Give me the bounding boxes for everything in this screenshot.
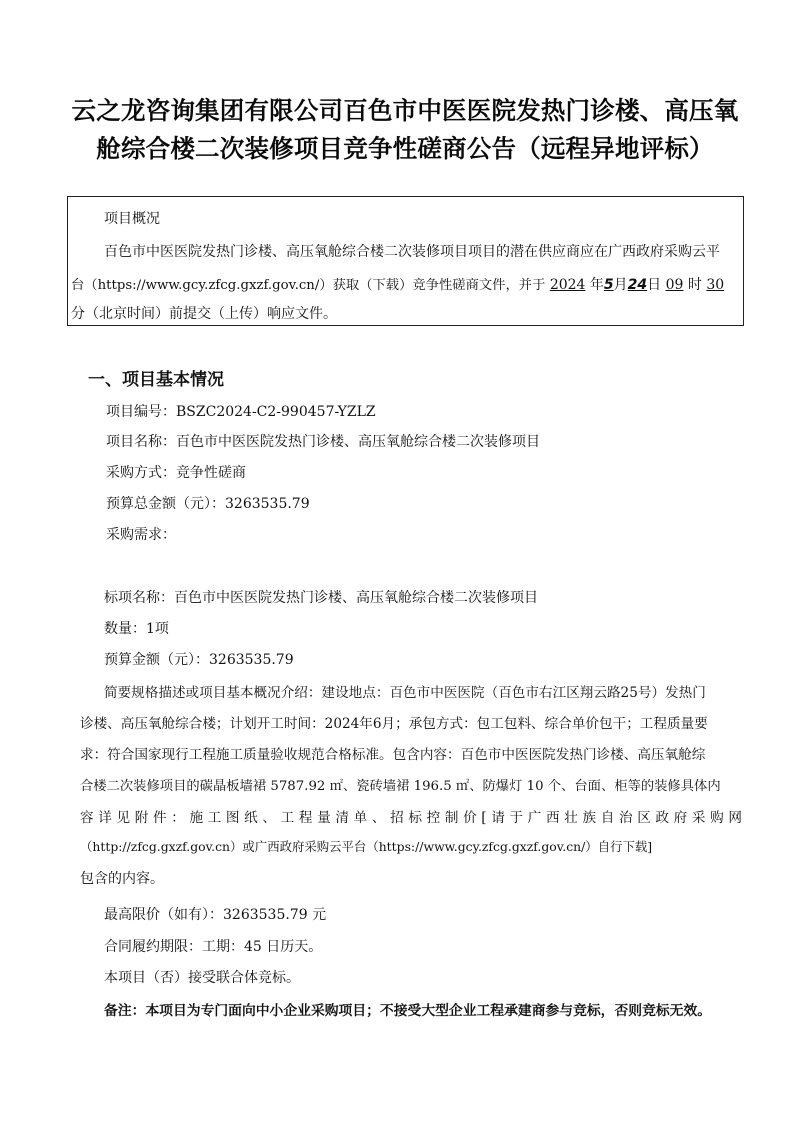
- overview-line-2-prefix: 台（https://www.gcy.zfcg.gxzf.gov.cn/）获取（下…: [71, 278, 545, 293]
- description-line-6: （http://zfcg.gxzf.gov.cn）或广西政府采购云平台（http…: [80, 837, 742, 855]
- month-unit: 月: [614, 277, 628, 293]
- overview-line-3: 分（北京时间）前提交（上传）响应文件。: [71, 303, 337, 323]
- deadline-day-handwritten: 24: [628, 277, 647, 293]
- contract-period: 合同履约期限：工期：45 日历天。: [104, 936, 322, 956]
- description-line-7: 包含的内容。: [80, 868, 164, 888]
- title-line-1: 云之龙咨询集团有限公司百色市中医医院发热门诊楼、高压氧: [60, 92, 750, 130]
- year-unit: 年: [590, 277, 604, 293]
- consortium-note: 本项目（否）接受联合体竞标。: [104, 967, 300, 987]
- description-line-4: 合楼二次装修项目的碳晶板墙裙 5787.92 ㎡、瓷砖墙裙 196.5 ㎡、防爆…: [80, 775, 742, 794]
- overview-line-2: 台（https://www.gcy.zfcg.gxzf.gov.cn/）获取（下…: [71, 274, 739, 294]
- procurement-method: 采购方式：竞争性磋商: [106, 462, 246, 482]
- day-unit: 日: [647, 277, 661, 293]
- deadline-year: 2024: [550, 277, 586, 293]
- overview-line-1: 百色市中医医院发热门诊楼、高压氧舱综合楼二次装修项目项目的潜在供应商应在广西政府…: [104, 241, 720, 261]
- project-overview-box: 项目概况 百色市中医医院发热门诊楼、高压氧舱综合楼二次装修项目项目的潜在供应商应…: [67, 196, 744, 326]
- description-line-1: 简要规格描述或项目基本概况介绍：建设地点：百色市中医医院（百色市右江区翔云路25…: [104, 681, 742, 701]
- description-line-5: 容详见附件：施工图纸、工程量清单、招标控制价[请于广西壮族自治区政府采购网: [80, 806, 742, 826]
- document-title: 云之龙咨询集团有限公司百色市中医医院发热门诊楼、高压氧 舱综合楼二次装修项目竞争…: [60, 92, 750, 168]
- requirements-label: 采购需求：: [106, 524, 176, 544]
- max-price: 最高限价（如有）：3263535.79 元: [104, 904, 326, 924]
- quantity: 数量：1项: [104, 618, 169, 638]
- title-line-2: 舱综合楼二次装修项目竞争性磋商公告（远程异地评标）: [60, 130, 750, 168]
- deadline-month-handwritten: 5: [604, 277, 614, 293]
- hour-unit: 时: [688, 277, 702, 293]
- overview-heading: 项目概况: [104, 208, 160, 228]
- project-name: 项目名称：百色市中医医院发热门诊楼、高压氧舱综合楼二次装修项目: [106, 431, 540, 451]
- total-budget: 预算总金额（元）：3263535.79: [106, 493, 310, 513]
- description-line-2: 诊楼、高压氧舱综合楼；计划开工时间：2024年6月；承包方式：包工包料、综合单价…: [80, 712, 742, 732]
- description-line-3: 求：符合国家现行工程施工质量验收规范合格标准。包含内容：百色市中医医院发热门诊楼…: [80, 743, 742, 763]
- remark: 备注：本项目为专门面向中小企业采购项目；不接受大型企业工程承建商参与竞标，否则竞…: [104, 999, 711, 1019]
- section-heading-basic-info: 一、项目基本情况: [88, 365, 224, 390]
- deadline-hour: 09: [666, 277, 684, 293]
- lot-budget: 预算金额（元）：3263535.79: [104, 649, 294, 669]
- deadline-minute: 30: [706, 277, 724, 293]
- project-number: 项目编号：BSZC2024-C2-990457-YZLZ: [106, 401, 376, 421]
- lot-name: 标项名称：百色市中医医院发热门诊楼、高压氧舱综合楼二次装修项目: [104, 587, 538, 607]
